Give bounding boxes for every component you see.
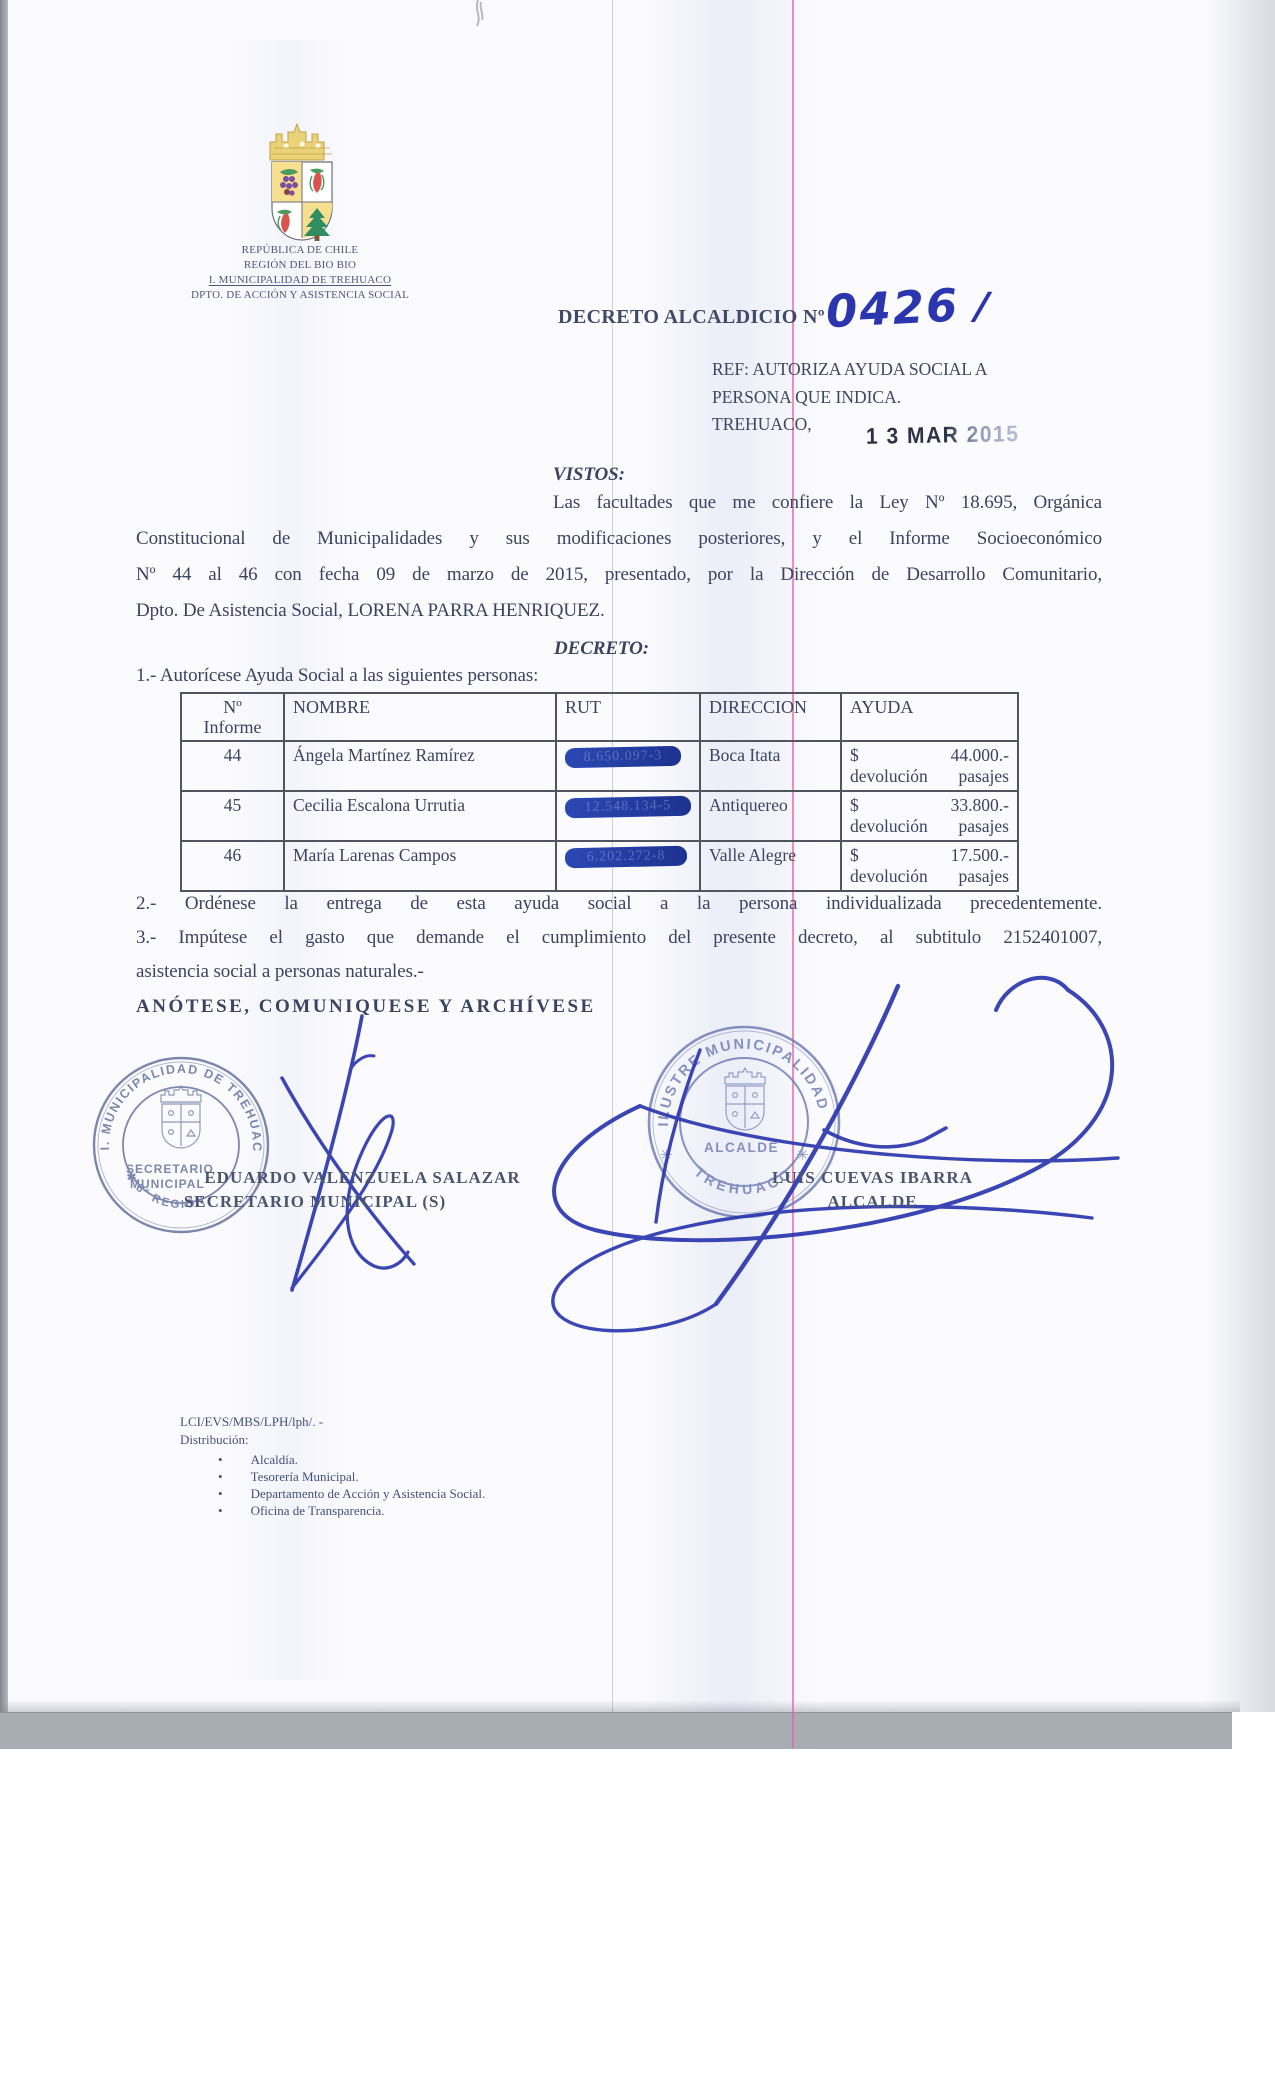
amount: 17.500.- [951,845,1009,866]
ayuda-detail: devolución pasajes [850,766,1009,787]
currency: $ [850,845,859,866]
secretary-title: SECRETARIO MUNICIPAL (S) [140,1192,490,1212]
cell-direccion: Valle Alegre [700,841,841,891]
table-row: 45 Cecilia Escalona Urrutia 12.548.134-5… [181,791,1018,841]
col-header-informe-line2: Informe [190,717,275,737]
currency: $ [850,745,859,766]
letterhead-region: REGIÓN DEL BIO BIO [150,258,450,273]
page-bottom-shadow [0,1700,1240,1712]
municipal-coat-of-arms [262,116,342,244]
table-row: 46 María Larenas Campos 6.202.272-8 Vall… [181,841,1018,891]
vistos-line-1: Las facultades que me confiere la Ley Nº… [553,492,1102,514]
letterhead-country: REPÚBLICA DE CHILE [150,243,450,258]
ayuda-detail: devolución pasajes [850,816,1009,837]
col-header-nombre: NOMBRE [284,693,556,741]
ref-line-2: PERSONA QUE INDICA. [712,384,988,412]
bullet-icon: • [218,1503,223,1518]
cell-informe: 46 [181,841,284,891]
vistos-line-2: Constitucional de Municipalidades y sus … [136,528,1102,550]
bullet-icon: • [218,1486,223,1501]
currency: $ [850,795,859,816]
cell-informe: 44 [181,741,284,791]
cell-ayuda: $17.500.- devolución pasajes [841,841,1018,891]
cell-nombre: Cecilia Escalona Urrutia [284,791,556,841]
scan-crease-mark [460,0,500,34]
signature-right [553,978,1118,1331]
rut-redaction: 6.202.272-8 [565,846,687,869]
cell-ayuda: $44.000.- devolución pasajes [841,741,1018,791]
item-1: 1.- Autorícese Ayuda Social a las siguie… [136,665,538,687]
col-header-informe-line1: Nº [190,697,275,717]
signatures-ink [0,960,1275,1360]
letterhead-department: DPTO. DE ACCIÓN Y ASISTENCIA SOCIAL [150,288,450,303]
cell-direccion: Boca Itata [700,741,841,791]
vistos-line-4: Dpto. De Asistencia Social, LORENA PARRA… [136,600,605,622]
col-header-informe: Nº Informe [181,693,284,741]
table-header-row: Nº Informe NOMBRE RUT DIRECCION AYUDA [181,693,1018,741]
ref-line-1: REF: AUTORIZA AYUDA SOCIAL A [712,356,988,384]
distribution-item: •Oficina de Transparencia. [218,1503,385,1519]
ayuda-detail: devolución pasajes [850,866,1009,887]
beneficiaries-table: Nº Informe NOMBRE RUT DIRECCION AYUDA 44… [180,692,1019,892]
letterhead: REPÚBLICA DE CHILE REGIÓN DEL BIO BIO I.… [150,243,450,303]
scan-right-shade [1205,0,1275,1712]
decreto-heading: DECRETO: [554,638,649,660]
col-header-ayuda: AYUDA [841,693,1018,741]
date-stamp: 1 3 MAR 2015 [866,422,1020,451]
letterhead-municipality: I. MUNICIPALIDAD DE TREHUACO [150,273,450,288]
distribution-label: Distribución: [180,1432,249,1448]
amount: 33.800.- [951,795,1009,816]
cell-rut: 8.650.097-3 [556,741,700,791]
decree-title: DECRETO ALCALDICIO Nº [558,306,825,329]
decree-number: 0426 [825,278,961,338]
vistos-line-3: Nº 44 al 46 con fecha 09 de marzo de 201… [136,564,1102,586]
shield-icon [272,162,332,241]
cell-nombre: Ángela Martínez Ramírez [284,741,556,791]
cell-rut: 12.548.134-5 [556,791,700,841]
bullet-icon: • [218,1452,223,1467]
distribution-item-label: Departamento de Acción y Asistencia Soci… [251,1486,486,1501]
cell-ayuda: $33.800.- devolución pasajes [841,791,1018,841]
distribution-item-label: Tesorería Municipal. [251,1469,359,1484]
cell-rut: 6.202.272-8 [556,841,700,891]
distribution-item-label: Oficina de Transparencia. [251,1503,385,1518]
crown-icon [270,124,332,160]
table-row: 44 Ángela Martínez Ramírez 8.650.097-3 B… [181,741,1018,791]
col-header-rut: RUT [556,693,700,741]
signature-left [282,1016,414,1290]
amount: 44.000.- [951,745,1009,766]
bullet-icon: • [218,1469,223,1484]
vistos-heading: VISTOS: [553,464,625,486]
item-2: 2.- Ordénese la entrega de esta ayuda so… [136,893,1102,915]
item-3-line-1: 3.- Impútese el gasto que demande el cum… [136,927,1102,949]
distribution-item: •Departamento de Acción y Asistencia Soc… [218,1486,485,1502]
rut-redaction: 8.650.097-3 [565,746,681,768]
rut-redaction: 12.548.134-5 [565,796,691,819]
scan-left-edge [0,0,8,1712]
distribution-item-label: Alcaldía. [251,1452,298,1467]
distribution-item: •Alcaldía. [218,1452,298,1468]
responsibility-initials: LCI/EVS/MBS/LPH/lph/. - [180,1414,323,1430]
scanned-document: REPÚBLICA DE CHILE REGIÓN DEL BIO BIO I.… [0,0,1275,2100]
col-header-direccion: DIRECCION [700,693,841,741]
cell-direccion: Antiquereo [700,791,841,841]
distribution-item: •Tesorería Municipal. [218,1469,359,1485]
decree-number-slash: / [974,284,992,329]
mayor-title: ALCALDE [750,1192,995,1212]
scan-gray-band [0,1712,1232,1749]
cell-nombre: María Larenas Campos [284,841,556,891]
secretary-name: EDUARDO VALENZUELA SALAZAR [175,1168,550,1188]
cell-informe: 45 [181,791,284,841]
decree-number-handwritten: 0426/ [825,277,993,339]
mayor-name: LUIS CUEVAS IBARRA [750,1168,995,1188]
